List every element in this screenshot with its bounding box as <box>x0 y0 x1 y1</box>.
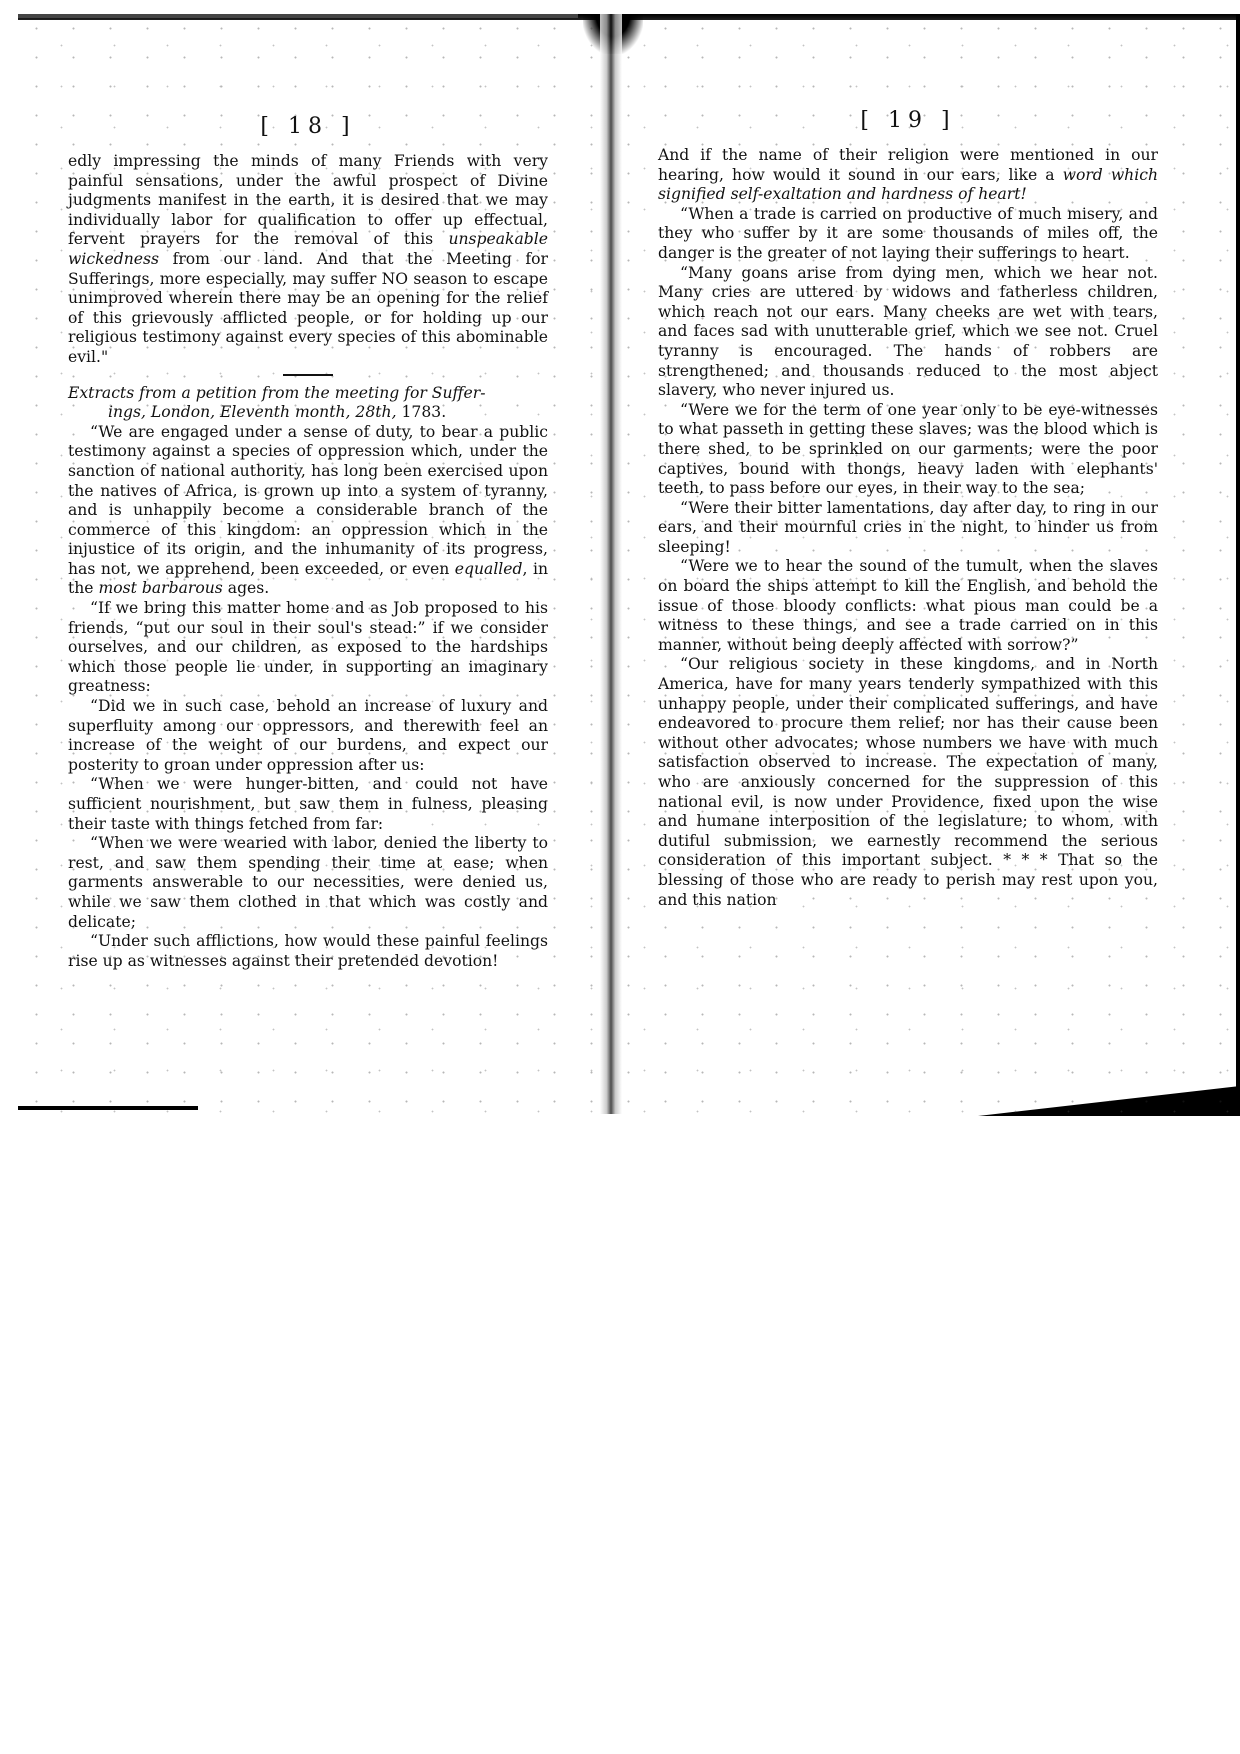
left-page: [ 18 ] edly impressing the minds of many… <box>68 14 548 971</box>
right-page-body: And if the name of their religion were m… <box>658 146 1158 910</box>
paragraph: “Under such afflictions, how would these… <box>68 932 548 971</box>
section-divider <box>283 374 333 376</box>
paragraph: “Were we for the term of one year only t… <box>658 401 1158 499</box>
paragraph: “Many goans arise from dying men, which … <box>658 264 1158 401</box>
section-heading: Extracts from a petition from the meetin… <box>68 384 548 423</box>
paragraph: edly impressing the minds of many Friend… <box>68 152 548 368</box>
page-number-right: [ 19 ] <box>658 108 1158 138</box>
paragraph: “When we were hunger-bitten, and could n… <box>68 775 548 834</box>
paragraph: And if the name of their religion were m… <box>658 146 1158 205</box>
left-page-body: edly impressing the minds of many Friend… <box>68 152 548 971</box>
paragraph: “Were we to hear the sound of the tumult… <box>658 557 1158 655</box>
page-number-left: [ 18 ] <box>68 114 548 144</box>
scanned-book-spread: [ 18 ] edly impressing the minds of many… <box>18 14 1240 1114</box>
paragraph: “Did we in such case, behold an increase… <box>68 697 548 775</box>
scan-bottom-right-edge <box>978 1086 1240 1116</box>
book-spine-gutter <box>600 14 622 1114</box>
paragraph: “If we bring this matter home and as Job… <box>68 599 548 697</box>
paragraph: “We are engaged under a sense of duty, t… <box>68 423 548 599</box>
scan-right-edge <box>1236 14 1240 1094</box>
paragraph: “When a trade is carried on productive o… <box>658 205 1158 264</box>
paragraph: “Were their bitter lamentations, day aft… <box>658 499 1158 558</box>
paragraph: “When we were wearied with labor, denied… <box>68 834 548 932</box>
scan-bottom-left-edge <box>18 1106 198 1110</box>
right-page: [ 19 ] And if the name of their religion… <box>658 14 1158 910</box>
paragraph: “Our religious society in these kingdoms… <box>658 655 1158 910</box>
